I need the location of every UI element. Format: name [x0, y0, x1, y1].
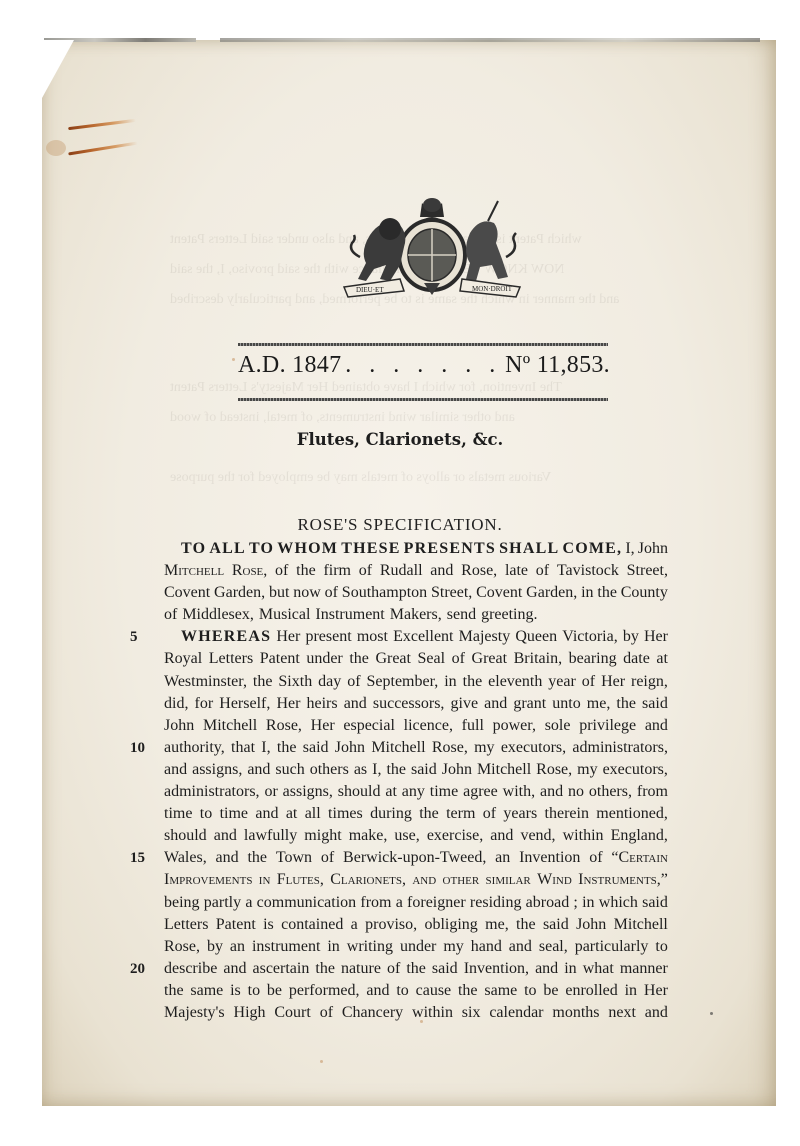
paper-speck: [232, 358, 235, 361]
text-line: RoyalLettersPatentundertheGreatSealofGre…: [164, 648, 668, 670]
header-rule-top: [238, 343, 608, 346]
text-line: andassigns,andsuchothersasI,thesaidJohnM…: [164, 759, 668, 781]
text-line: ImprovementsinFlutes,Clarionets,andother…: [164, 869, 668, 891]
page-top-edge: [220, 38, 760, 42]
specification-title: ROSE'S SPECIFICATION.: [0, 515, 800, 535]
line-number: 20: [130, 958, 158, 980]
text-line: LettersPatentiscontainedaproviso,obligin…: [164, 914, 668, 936]
text-line: CoventGarden,butnowofSouthamptonStreet,C…: [164, 582, 668, 604]
text-line: administrators,orassigns,shouldatanytime…: [164, 781, 668, 803]
text-line: Rose,byaninstrumentinwritingundermyhanda…: [164, 936, 668, 958]
leader-dots: . . . . . . .: [345, 352, 501, 379]
text-line: TOALLTOWHOMTHESEPRESENTSSHALLCOME,I,John: [164, 538, 668, 560]
line-number: 10: [130, 737, 158, 759]
text-line: JohnMitchellRose,Herespeciallicence,full…: [164, 715, 668, 737]
text-line: MitchellRose,ofthefirmofRudallandRose,la…: [164, 560, 668, 582]
paper-speck: [320, 1060, 323, 1063]
torn-corner: [42, 40, 74, 98]
paper-speck: [710, 1012, 713, 1015]
text-line: Majesty'sHighCourtofChancerywithinsixcal…: [164, 1002, 668, 1024]
line-number: 5: [130, 626, 158, 648]
bleed-through-text: Various metals or alloys of metals may b…: [170, 470, 551, 486]
text-line: 5WHEREASHerpresentmostExcellentMajestyQu…: [164, 626, 668, 648]
svg-text:MON·DROIT: MON·DROIT: [472, 285, 513, 293]
specification-body: TOALLTOWHOMTHESEPRESENTSSHALLCOME,I,John…: [164, 538, 668, 1024]
text-line: ofMiddlesex,MusicalInstrumentMakers,send…: [164, 604, 668, 626]
text-line: thesameistobeperformed,andtocausethesame…: [164, 980, 668, 1002]
svg-text:DIEU·ET: DIEU·ET: [356, 286, 384, 294]
text-line: 20describeandascertainthenatureofthesaid…: [164, 958, 668, 980]
patent-header: A.D. 1847 . . . . . . . Nº 11,853.: [238, 352, 610, 388]
bleed-through-text: and other similar wind instruments, of m…: [170, 410, 515, 426]
text-line: 10authority,thatI,thesaidJohnMitchellRos…: [164, 737, 668, 759]
text-line: shouldandlawfullymightmake,use,exercise,…: [164, 825, 668, 847]
text-line: 15Wales,andtheTownofBerwick-upon-Tweed,a…: [164, 847, 668, 869]
rust-stain: [46, 140, 66, 156]
line-number: 15: [130, 847, 158, 869]
patent-number: Nº 11,853.: [505, 352, 610, 379]
text-line: beingpartlyacommunicationfromaforeignerr…: [164, 892, 668, 914]
royal-coat-of-arms-icon: DIEU·ET MON·DROIT: [330, 195, 535, 300]
text-line: Westminster,theSixthdayofSeptember,inthe…: [164, 671, 668, 693]
header-rule-bottom: [238, 398, 608, 401]
patent-year: A.D. 1847: [238, 352, 341, 379]
patent-subject: Flutes, Clarionets, &c.: [0, 430, 800, 449]
text-line: did,forHerself,Herheirsandsuccessors,giv…: [164, 693, 668, 715]
text-line: timetotimeandatalltimesduringthetermofye…: [164, 803, 668, 825]
